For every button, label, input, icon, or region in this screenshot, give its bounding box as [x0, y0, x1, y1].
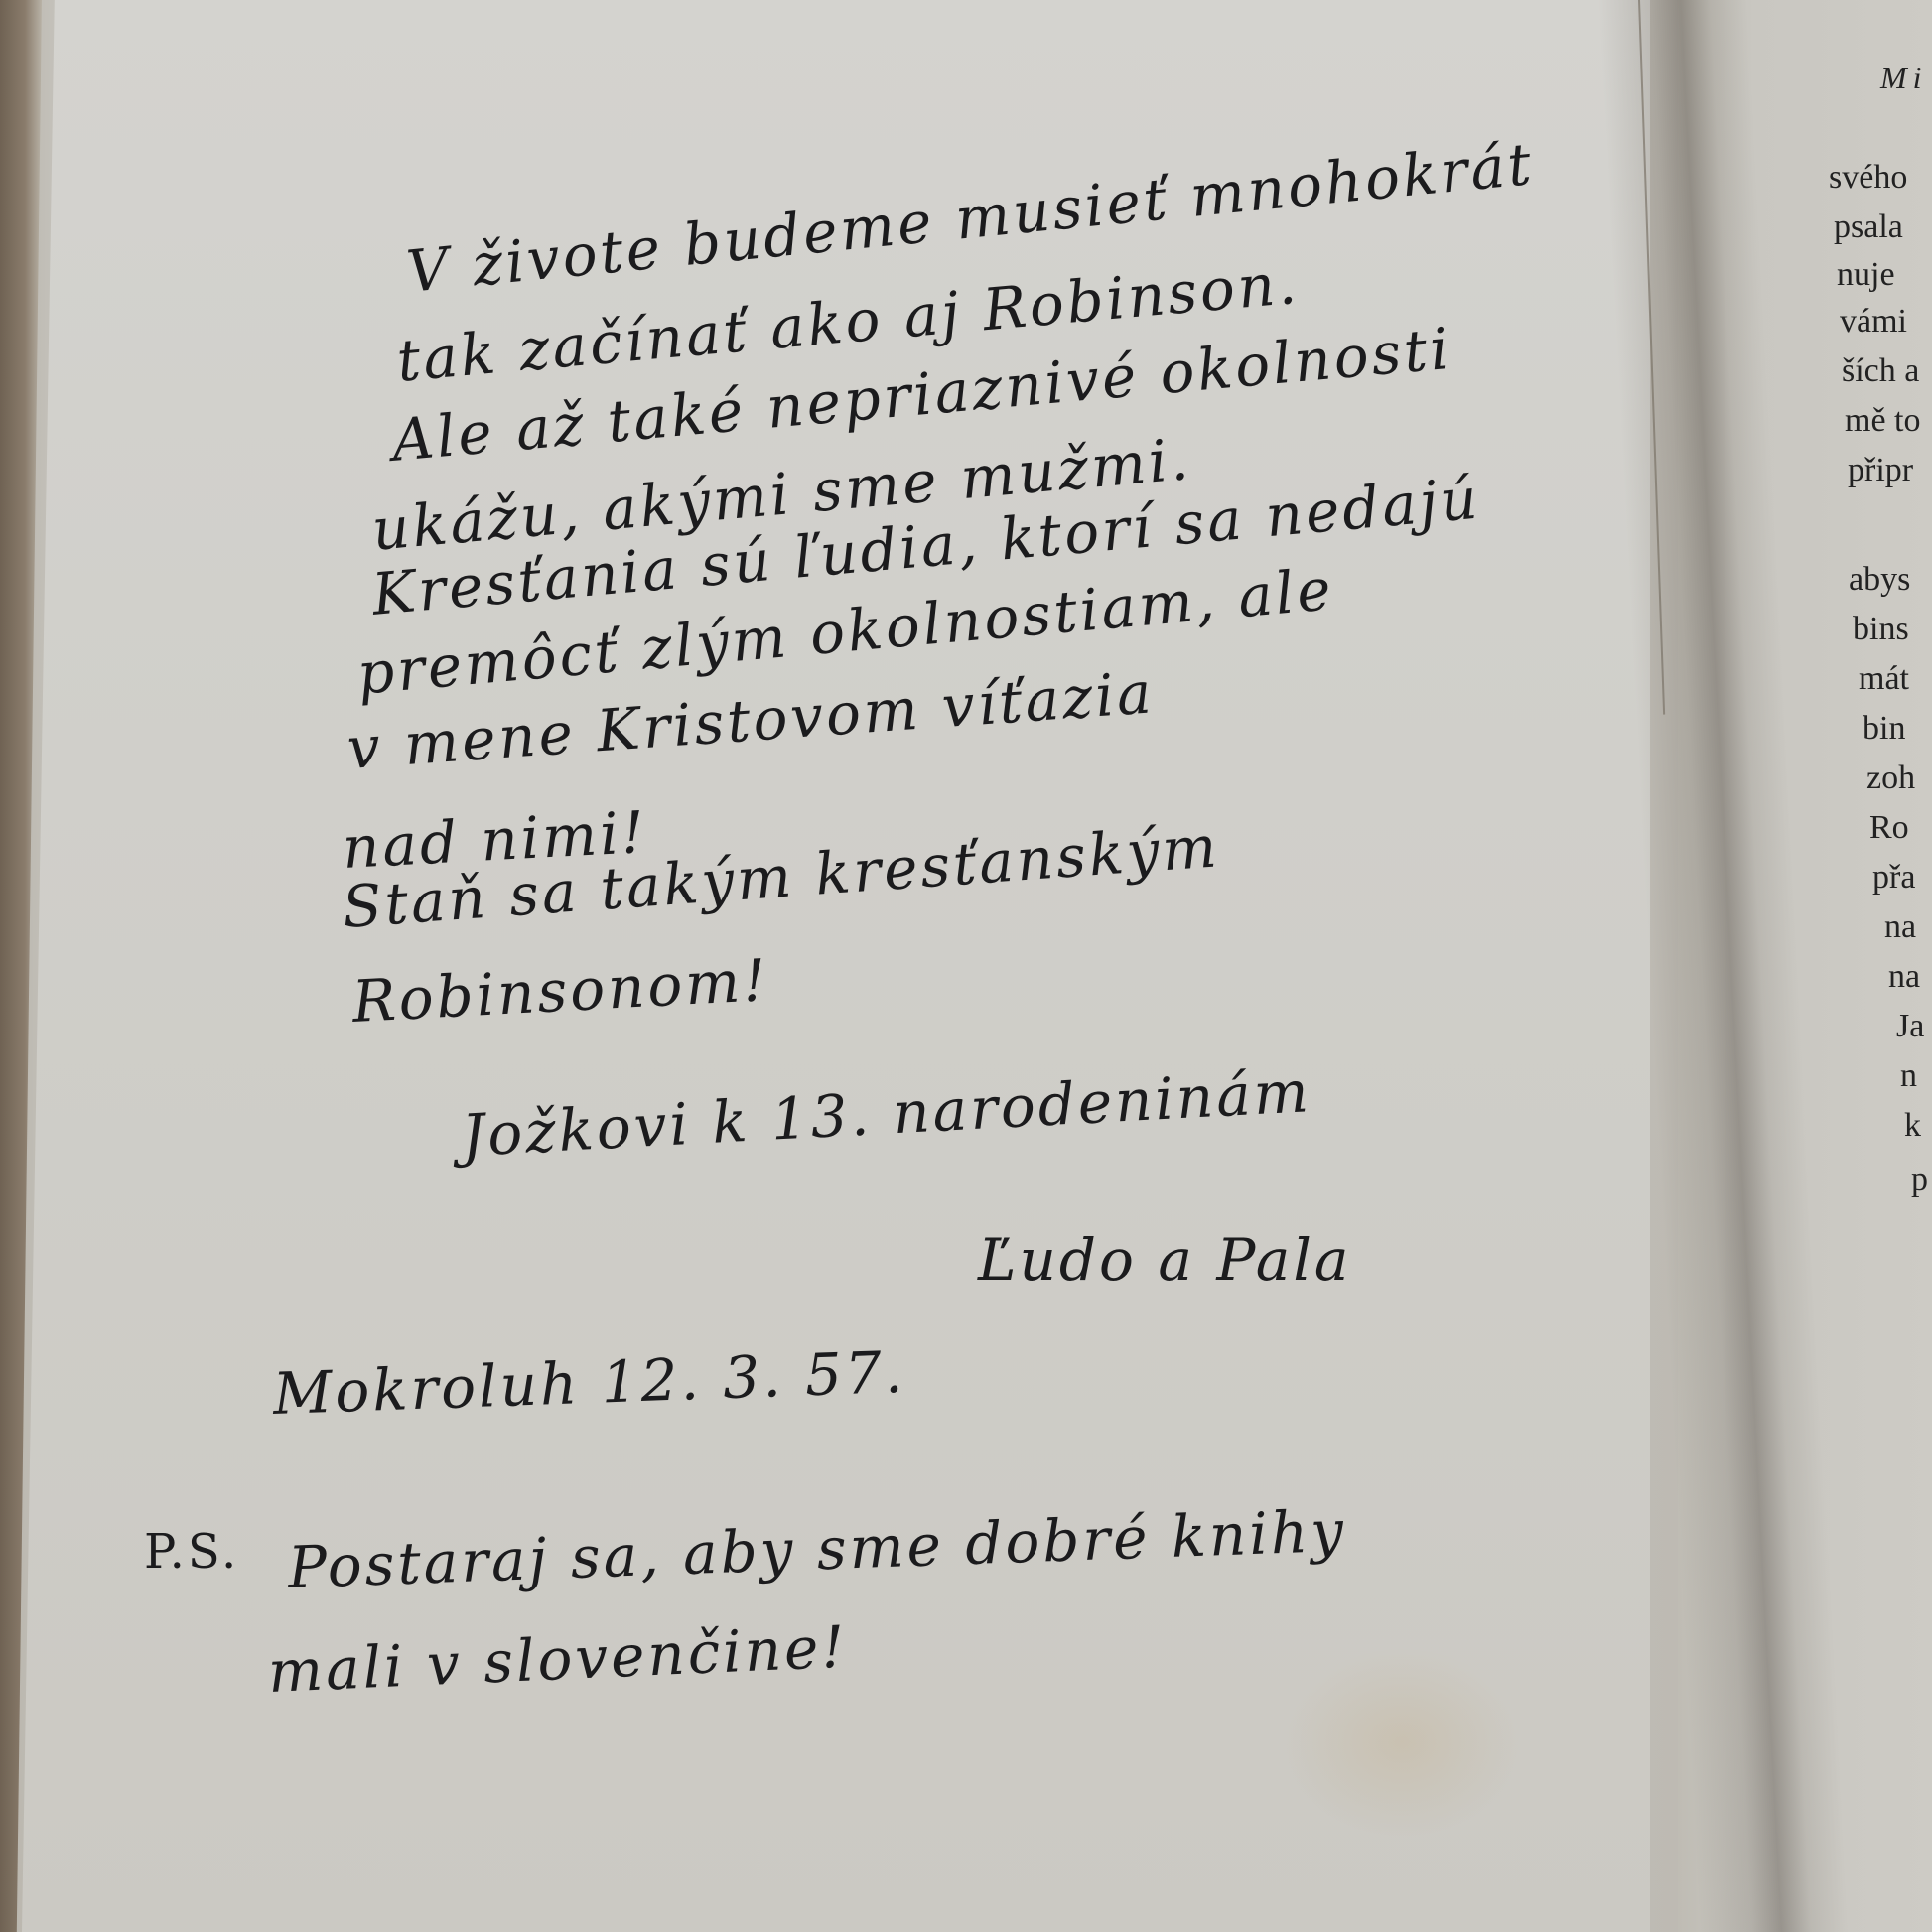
facing-line-11: mát [1859, 660, 1909, 698]
facing-line-1: svého [1829, 159, 1907, 197]
facing-line-13: zoh [1866, 759, 1915, 797]
facing-line-9: abys [1849, 561, 1910, 599]
facing-line-7: připr [1848, 452, 1913, 489]
facing-line-4: vámi [1840, 303, 1907, 341]
facing-line-3: nuje [1837, 256, 1895, 294]
facing-line-12: bin [1863, 710, 1905, 748]
ps-label: P.S. [144, 1524, 239, 1580]
facing-line-21: p [1911, 1162, 1928, 1199]
facing-line-18: Ja [1896, 1008, 1924, 1045]
facing-line-10: bins [1853, 611, 1909, 648]
facing-line-2: psala [1834, 208, 1903, 246]
book-photo: V živote budeme musieť mnohokrát tak zač… [0, 0, 1932, 1932]
facing-line-19: n [1900, 1057, 1917, 1095]
signature: Ľudo a Pala [978, 1226, 1352, 1294]
facing-line-16: na [1884, 908, 1916, 946]
facing-line-17: na [1888, 958, 1920, 996]
facing-line-20: k [1904, 1107, 1921, 1145]
facing-line-14: Ro [1869, 809, 1909, 847]
facing-line-15: přa [1872, 859, 1915, 897]
facing-line-5: ších a [1842, 352, 1919, 390]
facing-line-6: mě to [1845, 402, 1920, 440]
facing-page-header: Mi [1880, 60, 1928, 96]
